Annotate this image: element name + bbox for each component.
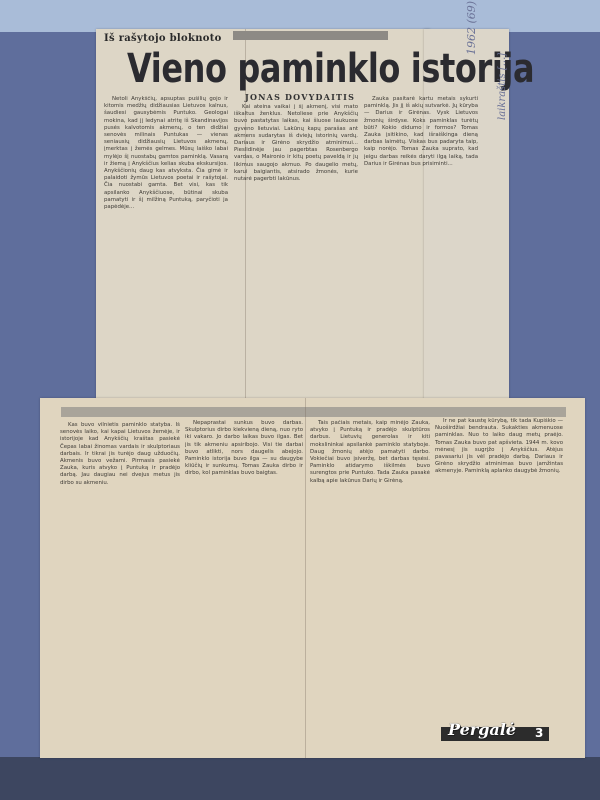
article-column-5: Nepaprastai sunkus buvo darbas. Skulptor… <box>185 420 303 747</box>
article-column-7: Ir ne pat kaustę kūrybą, tik tada Kupišk… <box>435 418 563 718</box>
page-number: 3 <box>535 726 543 740</box>
article-column-3: Zauka pasitarė kartu metais sykurti pami… <box>364 96 478 398</box>
handwritten-note-2: laikraštis [...] <box>497 53 508 120</box>
fold-line <box>305 398 306 758</box>
article-column-6: Tais pačiais metais, kaip minėjo Zauka, … <box>310 420 430 747</box>
header-rule <box>61 407 566 417</box>
article-column-1: Netoli Anykščių, apsuptas pušilių gojo i… <box>104 96 228 398</box>
byline: JONAS DOVYDAITIS <box>245 92 355 102</box>
bottom-background <box>0 757 600 800</box>
newspaper-logo: Pergalė <box>448 720 516 739</box>
section-kicker: Iš rašytojo bloknoto <box>104 33 222 44</box>
article-column-4: Kas buvo vilnietis paminklo statyba. Iš … <box>60 422 180 747</box>
top-background <box>0 0 600 32</box>
article-column-2: Kai ateina vaikai į šį akmenį, visi mato… <box>234 104 358 398</box>
handwritten-note: 1962 (69) 8[...] <box>465 0 478 55</box>
kicker-rule <box>233 31 388 40</box>
